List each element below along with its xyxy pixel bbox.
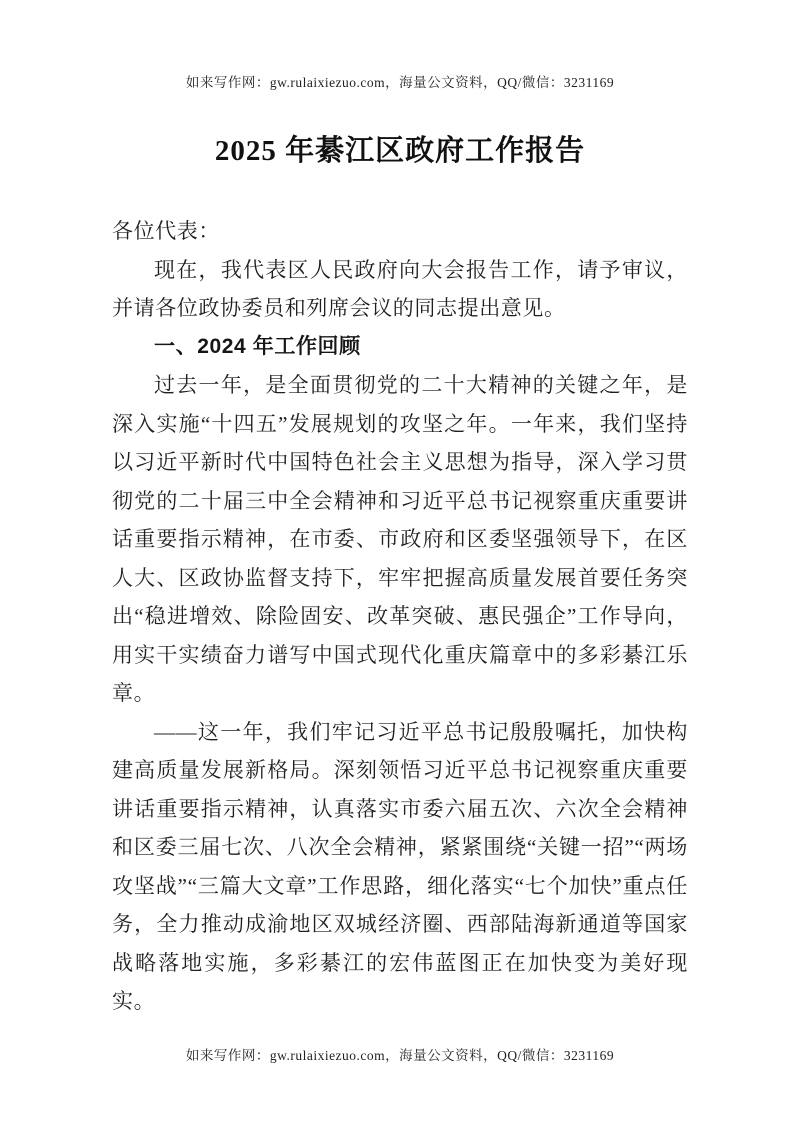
header-watermark: 如来写作网：gw.rulaixiezuo.com，海量公文资料，QQ/微信：32… <box>0 71 800 91</box>
section-heading-2024-review: 一、2024 年工作回顾 <box>112 328 688 367</box>
footer-watermark: 如来写作网：gw.rulaixiezuo.com，海量公文资料，QQ/微信：32… <box>0 1044 800 1064</box>
paragraph-year-overview: 过去一年，是全面贯彻党的二十大精神的关键之年，是深入实施“十四五”发展规划的攻坚… <box>112 366 688 713</box>
paragraph-development-pattern: ——这一年，我们牢记习近平总书记殷殷嘱托，加快构建高质量发展新格局。深刻领悟习近… <box>112 713 688 1021</box>
paragraph-opening: 现在，我代表区人民政府向大会报告工作，请予审议，并请各位政协委员和列席会议的同志… <box>112 251 688 328</box>
document-title: 2025 年綦江区政府工作报告 <box>0 129 800 173</box>
salutation: 各位代表： <box>112 212 688 251</box>
document-page: 如来写作网：gw.rulaixiezuo.com，海量公文资料，QQ/微信：32… <box>0 0 800 1131</box>
document-body: 各位代表： 现在，我代表区人民政府向大会报告工作，请予审议，并请各位政协委员和列… <box>112 212 688 1021</box>
